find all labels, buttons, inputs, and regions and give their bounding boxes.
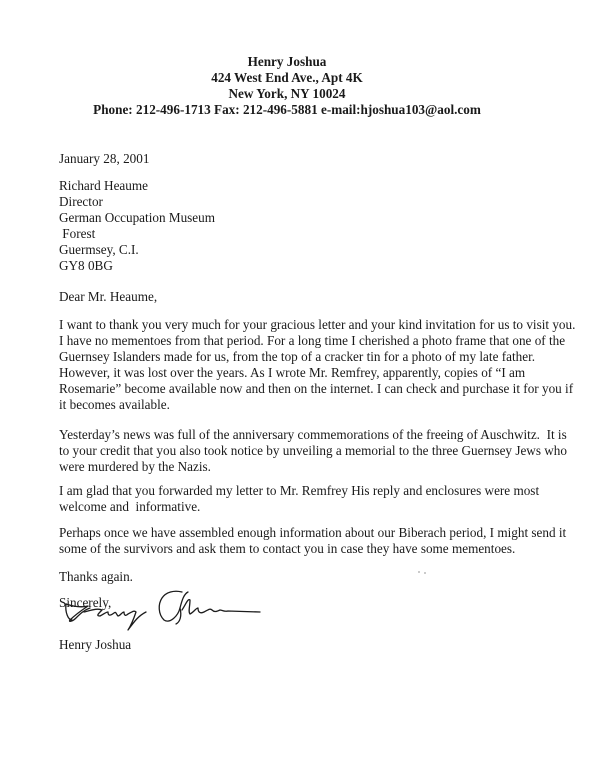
paragraph-line: some of the survivors and ask them to co… xyxy=(59,541,566,557)
letter-date: January 28, 2001 xyxy=(59,151,149,167)
paragraph-line: I want to thank you very much for your g… xyxy=(59,317,575,333)
paragraph-line: Rosemarie” become available now and then… xyxy=(59,381,575,397)
scan-artifact xyxy=(418,571,420,573)
salutation: Dear Mr. Heaume, xyxy=(59,289,157,305)
paragraph-line: Yesterday’s news was full of the anniver… xyxy=(59,427,567,443)
paragraph-line: However, it was lost over the years. As … xyxy=(59,365,575,381)
thanks-line: Thanks again. xyxy=(59,569,133,585)
paragraph-line: Perhaps once we have assembled enough in… xyxy=(59,525,566,541)
letterhead-contact: Phone: 212-496-1713 Fax: 212-496-5881 e-… xyxy=(0,102,574,118)
recipient-title: Director xyxy=(59,194,215,210)
paragraph-biberach: Perhaps once we have assembled enough in… xyxy=(59,525,566,557)
recipient-name: Richard Heaume xyxy=(59,178,215,194)
paragraph-line: welcome and informative. xyxy=(59,499,539,515)
recipient-island: Guermsey, C.I. xyxy=(59,242,215,258)
paragraph-line: I am glad that you forwarded my letter t… xyxy=(59,483,539,499)
recipient-address: Richard Heaume Director German Occupatio… xyxy=(59,178,215,274)
signer-name: Henry Joshua xyxy=(59,637,131,653)
letterhead: Henry Joshua 424 West End Ave., Apt 4K N… xyxy=(0,54,574,118)
letterhead-name: Henry Joshua xyxy=(0,54,574,70)
paragraph-thanks: I want to thank you very much for your g… xyxy=(59,317,575,413)
paragraph-auschwitz: Yesterday’s news was full of the anniver… xyxy=(59,427,567,475)
letterhead-address: 424 West End Ave., Apt 4K xyxy=(0,70,574,86)
signature-icon xyxy=(62,586,262,636)
recipient-postcode: GY8 0BG xyxy=(59,258,215,274)
scan-artifact xyxy=(424,572,426,574)
paragraph-line: I have no mementoes from that period. Fo… xyxy=(59,333,575,349)
paragraph-line: it becomes available. xyxy=(59,397,575,413)
recipient-organization: German Occupation Museum xyxy=(59,210,215,226)
letterhead-city: New York, NY 10024 xyxy=(0,86,574,102)
paragraph-line: to your credit that you also took notice… xyxy=(59,443,567,459)
paragraph-remfrey: I am glad that you forwarded my letter t… xyxy=(59,483,539,515)
paragraph-line: were murdered by the Nazis. xyxy=(59,459,567,475)
recipient-locality: Forest xyxy=(59,226,215,242)
paragraph-line: Guernsey Islanders made for us, from the… xyxy=(59,349,575,365)
